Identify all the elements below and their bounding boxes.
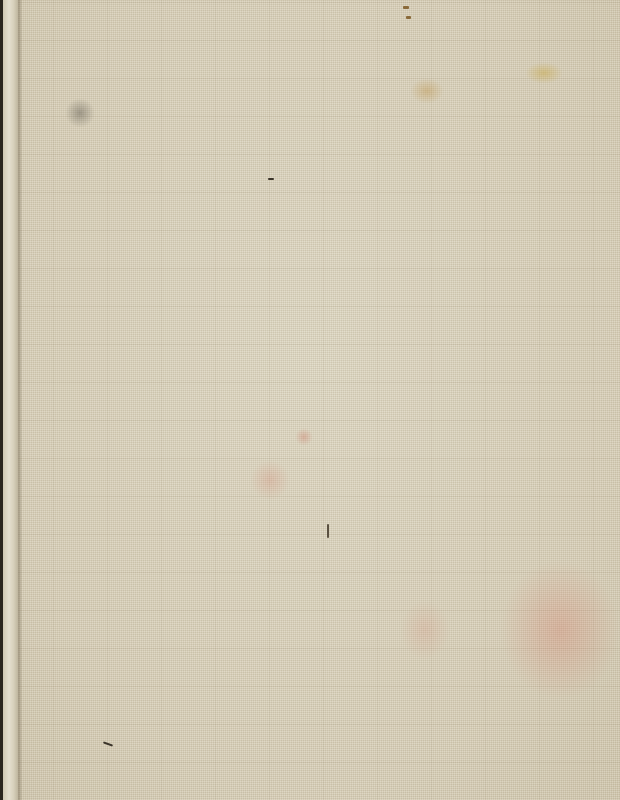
yellow-stain bbox=[525, 62, 563, 84]
red-stain bbox=[500, 560, 620, 700]
rust-speck bbox=[403, 6, 409, 9]
book-cover bbox=[0, 0, 620, 800]
dark-speck bbox=[327, 524, 329, 538]
red-stain bbox=[400, 600, 450, 660]
grey-smudge bbox=[65, 98, 95, 128]
dark-speck bbox=[103, 741, 113, 746]
rust-speck bbox=[406, 16, 411, 19]
red-stain bbox=[250, 460, 290, 500]
yellow-stain bbox=[410, 78, 444, 104]
dark-speck bbox=[268, 178, 274, 180]
spine-strip bbox=[3, 0, 18, 800]
spine-hinge bbox=[18, 0, 22, 800]
red-stain bbox=[295, 428, 313, 446]
